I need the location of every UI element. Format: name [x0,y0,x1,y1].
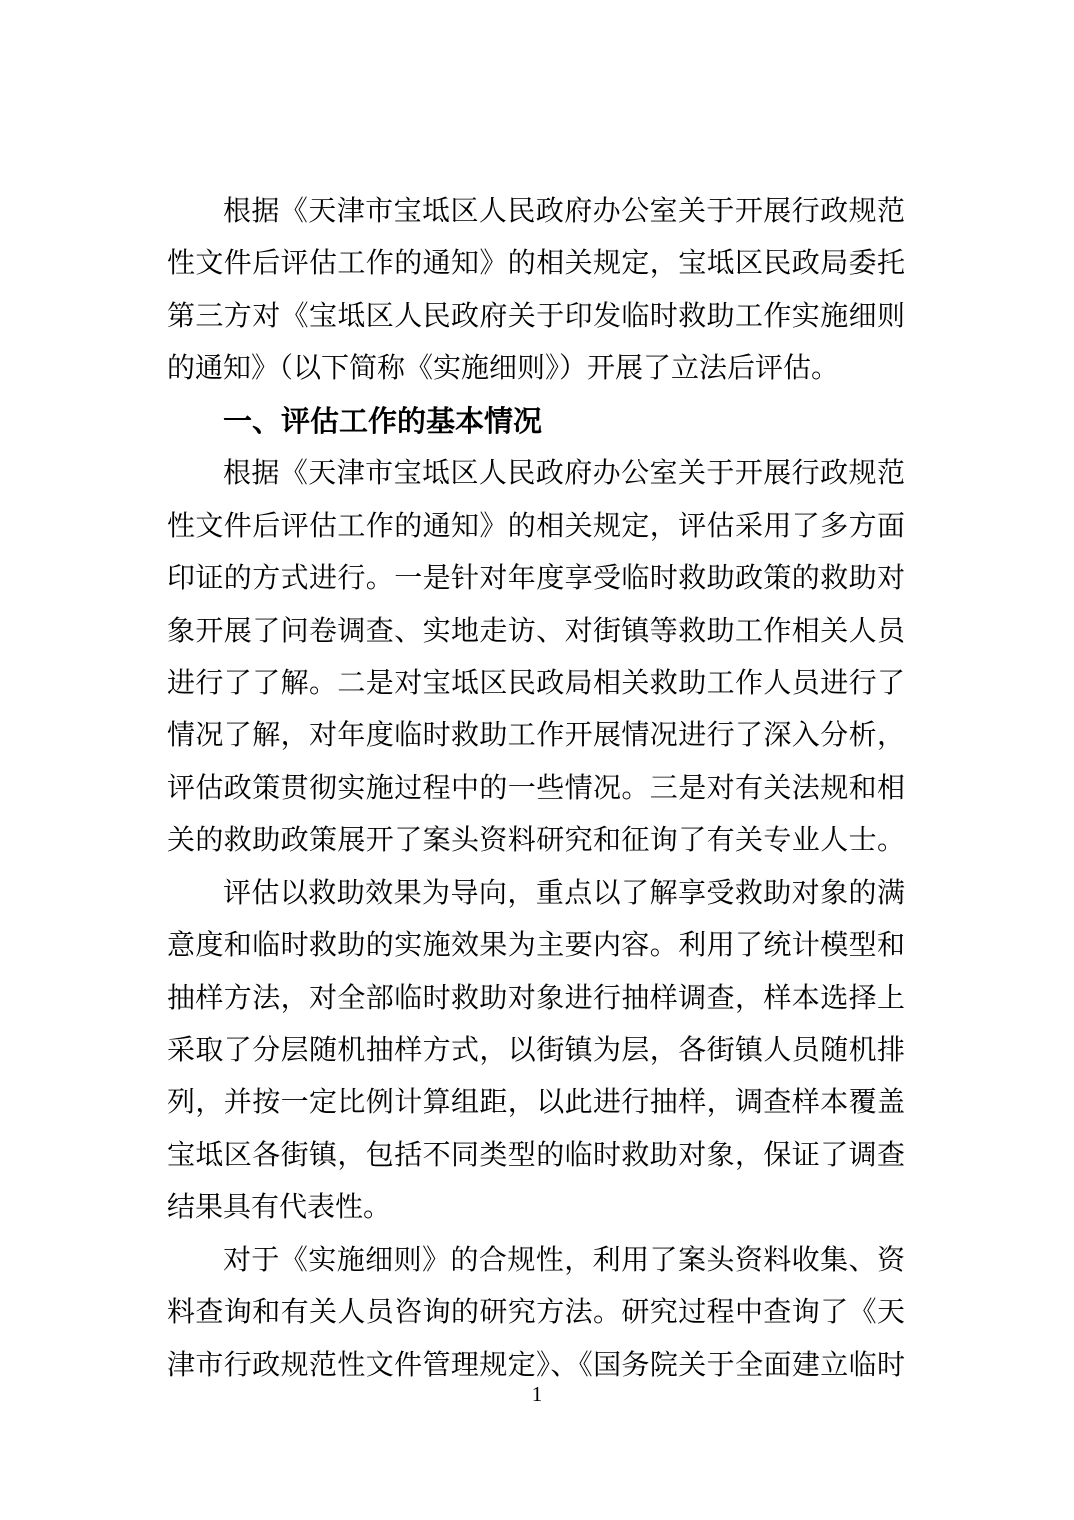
text-line: 对于《实施细则》的合规性，利用了案头资料收集、资 [167,1235,905,1287]
text-line: 根据《天津市宝坻区人民政府办公室关于开展行政规范 [167,448,905,500]
text-line: 关的救助政策展开了案头资料研究和征询了有关专业人士。 [167,815,905,867]
document-page: 根据《天津市宝坻区人民政府办公室关于开展行政规范 性文件后评估工作的通知》的相关… [0,0,1074,1520]
text-line: 印证的方式进行。一是针对年度享受临时救助政策的救助对 [167,553,905,605]
text-line: 列，并按一定比例计算组距，以此进行抽样，调查样本覆盖 [167,1077,905,1129]
section-heading: 一、评估工作的基本情况 [167,396,905,448]
paragraph: 对于《实施细则》的合规性，利用了案头资料收集、资 料查询和有关人员咨询的研究方法… [167,1235,905,1392]
paragraph: 评估以救助效果为导向，重点以了解享受救助对象的满 意度和临时救助的实施效果为主要… [167,868,905,1235]
text-line: 进行了了解。二是对宝坻区民政局相关救助工作人员进行了 [167,658,905,710]
text-line: 的通知》（以下简称《实施细则》）开展了立法后评估。 [167,343,905,395]
page-content: 根据《天津市宝坻区人民政府办公室关于开展行政规范 性文件后评估工作的通知》的相关… [167,186,905,1392]
text-line: 第三方对《宝坻区人民政府关于印发临时救助工作实施细则 [167,291,905,343]
text-line: 采取了分层随机抽样方式，以街镇为层，各街镇人员随机排 [167,1025,905,1077]
text-line: 评估以救助效果为导向，重点以了解享受救助对象的满 [167,868,905,920]
text-line: 情况了解，对年度临时救助工作开展情况进行了深入分析， [167,710,905,762]
text-line: 意度和临时救助的实施效果为主要内容。利用了统计模型和 [167,920,905,972]
page-number: 1 [0,1381,1074,1407]
text-line: 根据《天津市宝坻区人民政府办公室关于开展行政规范 [167,186,905,238]
text-line: 结果具有代表性。 [167,1182,905,1234]
text-line: 性文件后评估工作的通知》的相关规定，评估采用了多方面 [167,501,905,553]
text-line: 评估政策贯彻实施过程中的一些情况。三是对有关法规和相 [167,763,905,815]
text-line: 宝坻区各街镇，包括不同类型的临时救助对象，保证了调查 [167,1130,905,1182]
paragraph: 根据《天津市宝坻区人民政府办公室关于开展行政规范 性文件后评估工作的通知》的相关… [167,186,905,396]
paragraph: 根据《天津市宝坻区人民政府办公室关于开展行政规范 性文件后评估工作的通知》的相关… [167,448,905,868]
text-line: 抽样方法，对全部临时救助对象进行抽样调查，样本选择上 [167,973,905,1025]
text-line: 料查询和有关人员咨询的研究方法。研究过程中查询了《天 [167,1287,905,1339]
text-line: 象开展了问卷调查、实地走访、对街镇等救助工作相关人员 [167,606,905,658]
text-line: 性文件后评估工作的通知》的相关规定，宝坻区民政局委托 [167,238,905,290]
